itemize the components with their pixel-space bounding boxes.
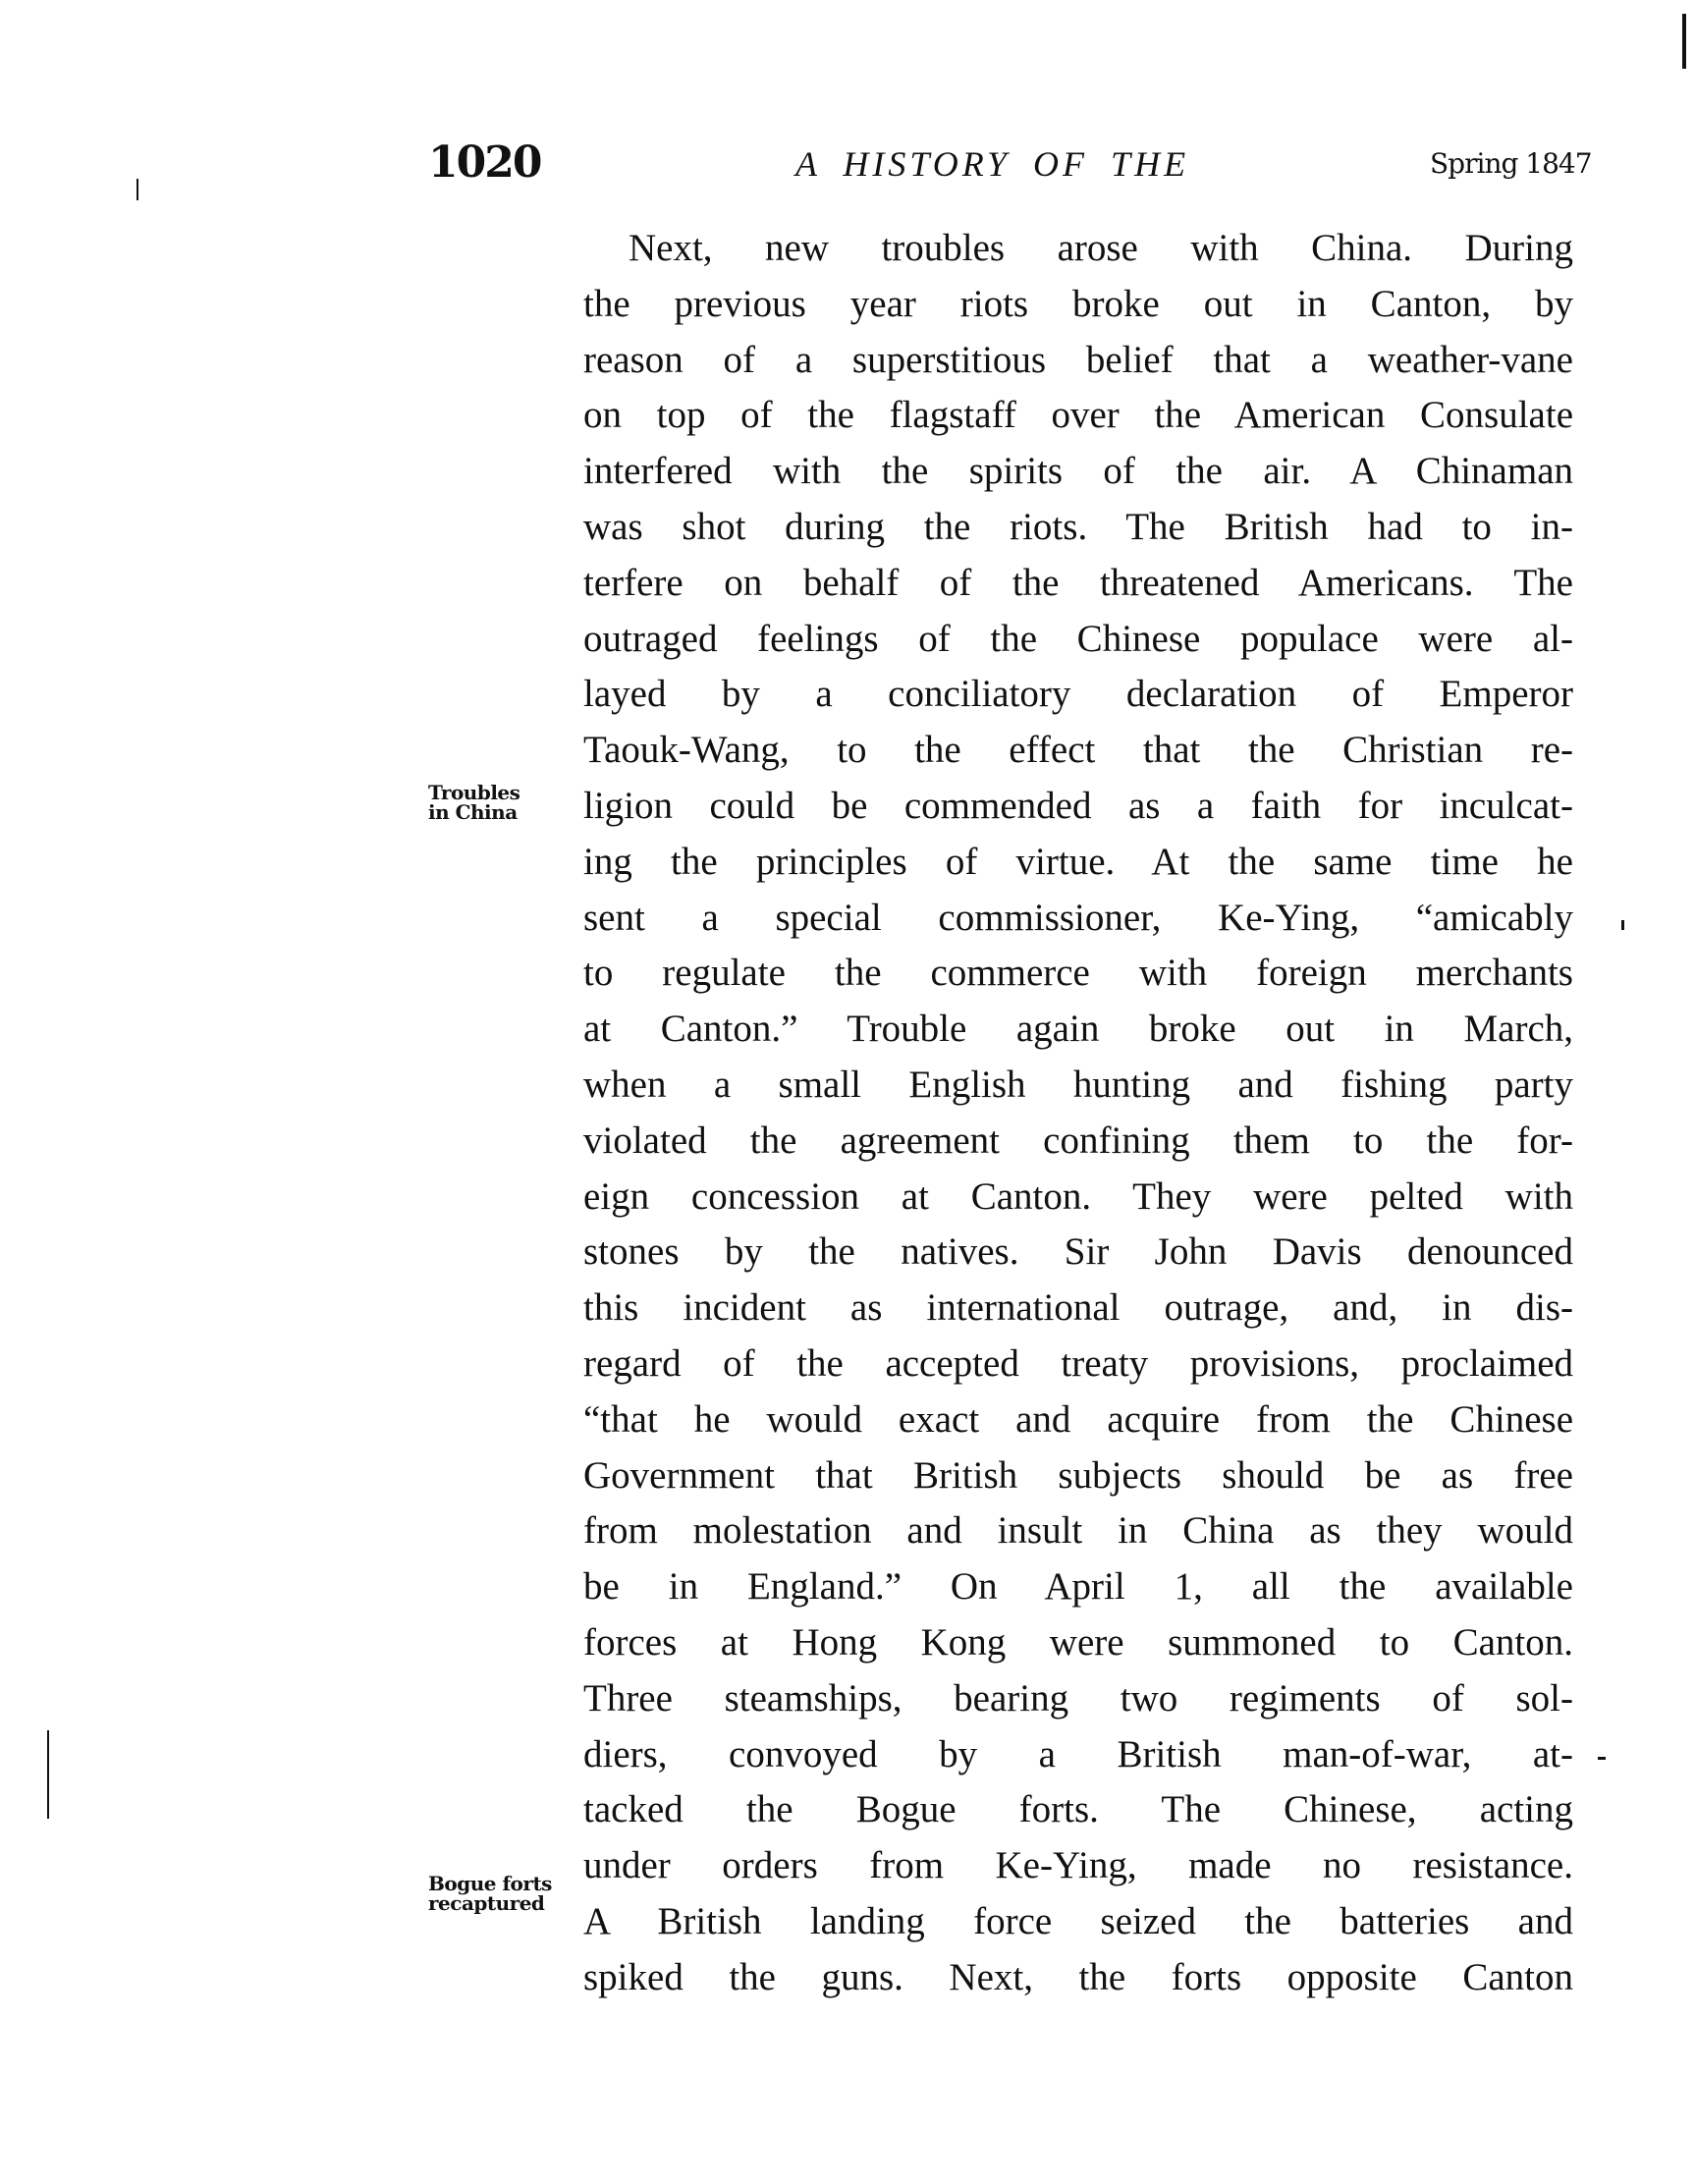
sidenote-line: Troubles <box>428 783 519 802</box>
text-line: sent a special commissioner, Ke-Ying, “a… <box>583 891 1573 947</box>
sidenote-line: Bogue forts <box>428 1874 552 1893</box>
text-line: diers, convoyed by a British man-of-war,… <box>583 1727 1573 1783</box>
text-line: terfere on behalf of the threatened Amer… <box>583 556 1573 612</box>
body-text: Next, new troubles arose with China. Dur… <box>583 221 1573 2006</box>
text-line: the previous year riots broke out in Can… <box>583 277 1573 333</box>
text-line: layed by a conciliatory declaration of E… <box>583 667 1573 723</box>
text-line: spiked the guns. Next, the forts opposit… <box>583 1950 1573 2006</box>
text-line: Next, new troubles arose with China. Dur… <box>583 221 1573 277</box>
text-line: A British landing force seized the batte… <box>583 1894 1573 1950</box>
text-line: when a small English hunting and fishing… <box>583 1058 1573 1114</box>
scan-mark <box>137 179 138 200</box>
text-line: violated the agreement confining them to… <box>583 1114 1573 1170</box>
text-line: ligion could be commended as a faith for… <box>583 779 1573 835</box>
text-line: at Canton.” Trouble again broke out in M… <box>583 1002 1573 1058</box>
text-line: ing the principles of virtue. At the sam… <box>583 835 1573 891</box>
text-line: regard of the accepted treaty provisions… <box>583 1337 1573 1392</box>
text-line: be in England.” On April 1, all the avai… <box>583 1559 1573 1615</box>
text-line: eign concession at Canton. They were pel… <box>583 1170 1573 1226</box>
text-line: forces at Hong Kong were summoned to Can… <box>583 1615 1573 1671</box>
sidenote-line: in China <box>428 802 519 822</box>
text-line: under orders from Ke-Ying, made no resis… <box>583 1838 1573 1894</box>
text-line: interfered with the spirits of the air. … <box>583 444 1573 500</box>
text-line: Three steamships, bearing two regiments … <box>583 1671 1573 1727</box>
text-line: was shot during the riots. The British h… <box>583 500 1573 556</box>
running-head: A HISTORY OF THE <box>795 143 1189 185</box>
sidenote-bogue-forts: Bogue forts recaptured <box>428 1874 552 1913</box>
text-line: to regulate the commerce with foreign me… <box>583 946 1573 1002</box>
text-line: Taouk-Wang, to the effect that the Chris… <box>583 723 1573 779</box>
text-line: “that he would exact and acquire from th… <box>583 1392 1573 1448</box>
text-line: this incident as international outrage, … <box>583 1281 1573 1337</box>
scan-mark <box>47 1730 49 1819</box>
text-line: stones by the natives. Sir John Davis de… <box>583 1225 1573 1281</box>
sidenote-line: recaptured <box>428 1893 552 1913</box>
sidenote-troubles-in-china: Troubles in China <box>428 783 519 822</box>
scan-mark <box>1682 14 1686 69</box>
text-line: tacked the Bogue forts. The Chinese, act… <box>583 1782 1573 1838</box>
text-line: from molestation and insult in China as … <box>583 1503 1573 1559</box>
date-heading: Spring 1847 <box>1430 147 1592 180</box>
scan-mark <box>1598 1757 1606 1760</box>
text-line: outraged feelings of the Chinese populac… <box>583 612 1573 668</box>
text-line: reason of a superstitious belief that a … <box>583 333 1573 389</box>
text-line: Government that British subjects should … <box>583 1448 1573 1504</box>
text-line: on top of the flagstaff over the America… <box>583 388 1573 444</box>
scan-mark <box>1621 920 1624 930</box>
page-number: 1020 <box>428 137 540 188</box>
